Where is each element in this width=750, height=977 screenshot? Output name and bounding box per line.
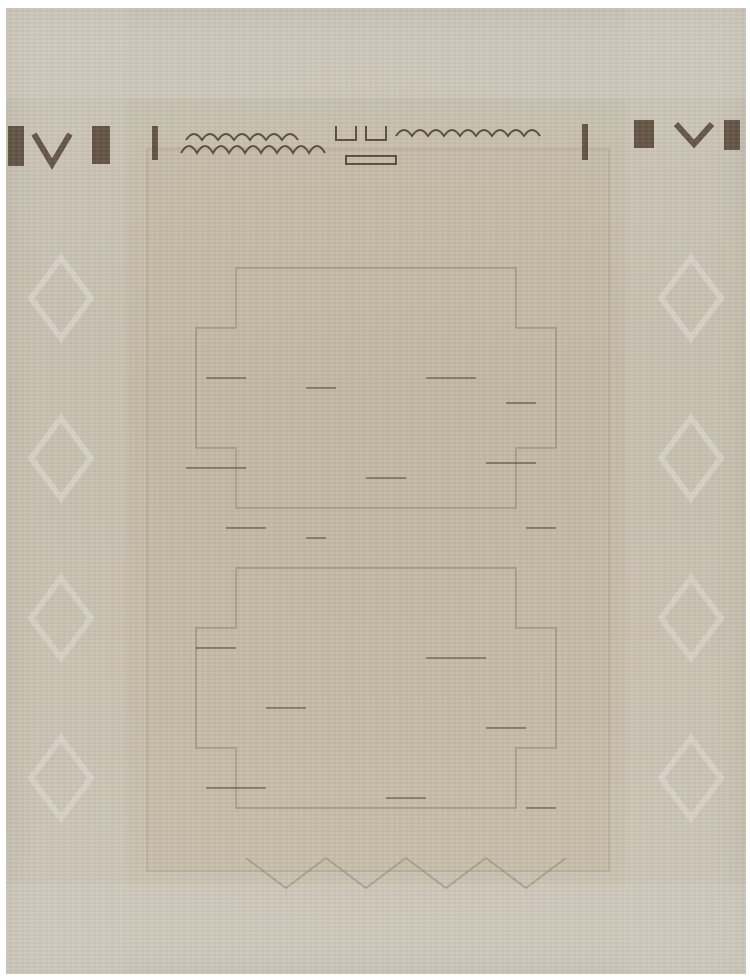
rug [6,8,746,974]
rug-texture [6,8,746,974]
